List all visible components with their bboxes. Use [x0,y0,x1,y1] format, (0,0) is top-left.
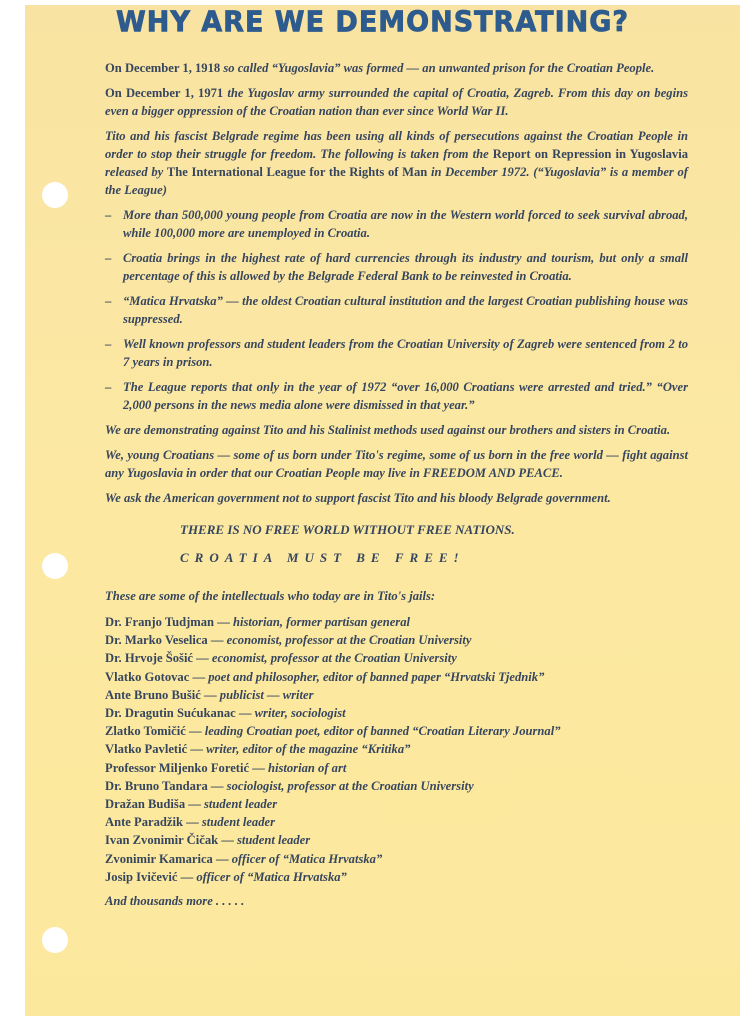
paragraph: Tito and his fascist Belgrade regime has… [105,127,688,199]
paragraph: We, young Croatians — some of us born un… [105,446,688,482]
paragraph: On December 1, 1918 so called “Yugoslavi… [105,59,688,77]
separator: — [189,670,208,684]
separator: — [213,852,232,866]
bullet-item: –“Matica Hrvatska” — the oldest Croatian… [105,292,688,328]
prisoner-description: officer of “Matica Hrvatska” [232,852,383,866]
bullet-dash: – [105,378,111,396]
prisoner-description: leading Croatian poet, editor of banned … [205,724,561,738]
text-segment: On December 1, 1918 [105,61,223,75]
prisoner-name: Dr. Dragutin Sućukanac [105,706,236,720]
punch-hole [42,182,68,208]
repression-facts-list: –More than 500,000 young people from Cro… [105,206,688,414]
leaflet-body: On December 1, 1918 so called “Yugoslavi… [105,59,688,910]
separator: — [208,779,227,793]
paragraph: On December 1, 1971 the Yugoslav army su… [105,84,688,120]
separator: — [208,633,227,647]
bullet-item: –More than 500,000 young people from Cro… [105,206,688,242]
prisoner-entry: Dr. Dragutin Sućukanac — writer, sociolo… [105,704,688,722]
punch-hole [42,553,68,579]
prisoner-entry: Ivan Zvonimir Čičak — student leader [105,831,688,849]
prisoners-intro: These are some of the intellectuals who … [105,587,688,605]
bullet-text: Croatia brings in the highest rate of ha… [123,251,688,283]
bullet-dash: – [105,206,111,224]
slogan-free-nations: THERE IS NO FREE WORLD WITHOUT FREE NATI… [180,521,688,539]
prisoner-entry: Dr. Marko Veselica — economist, professo… [105,631,688,649]
prisoner-description: writer, editor of the magazine “Kritika” [206,742,410,756]
prisoner-name: Ivan Zvonimir Čičak [105,833,218,847]
prisoner-name: Dr. Hrvoje Šošić [105,651,193,665]
prisoner-description: officer of “Matica Hrvatska” [196,870,347,884]
prisoner-name: Professor Miljenko Foretić [105,761,249,775]
separator: — [236,706,255,720]
bullet-item: –The League reports that only in the yea… [105,378,688,414]
prisoner-name: Zlatko Tomičić [105,724,186,738]
prisoner-name: Ante Paradžik [105,815,183,829]
prisoner-description: economist, professor at the Croatian Uni… [212,651,457,665]
prisoner-name: Dr. Marko Veselica [105,633,208,647]
text-segment: released by [105,165,167,179]
prisoner-entry: Josip Ivičević — officer of “Matica Hrva… [105,868,688,886]
prisoner-description: student leader [204,797,277,811]
separator: — [249,761,268,775]
prisoner-name: Josip Ivičević [105,870,177,884]
bullet-dash: – [105,292,111,310]
prisoner-description: historian of art [268,761,346,775]
prisoner-description: writer, sociologist [255,706,346,720]
prisoner-entry: Vlatko Pavletić — writer, editor of the … [105,740,688,758]
prisoner-description: student leader [237,833,310,847]
prisoner-description: economist, professor at the Croatian Uni… [227,633,472,647]
bullet-dash: – [105,249,111,267]
prisoner-entry: Dr. Bruno Tandara — sociologist, profess… [105,777,688,795]
prisoner-description: student leader [202,815,275,829]
separator: — [193,651,212,665]
punch-hole [42,927,68,953]
closing-paragraphs: We are demonstrating against Tito and hi… [105,421,688,507]
prisoners-list: Dr. Franjo Tudjman — historian, former p… [105,613,688,886]
prisoner-name: Dr. Franjo Tudjman [105,615,214,629]
ending-line: And thousands more . . . . . [105,892,688,910]
paragraph: We ask the American government not to su… [105,489,688,507]
text-segment: Report on Repression in Yugoslavia [493,147,688,161]
separator: — [187,742,206,756]
prisoner-entry: Dražan Budiša — student leader [105,795,688,813]
prisoner-entry: Dr. Hrvoje Šošić — economist, professor … [105,649,688,667]
prisoner-entry: Dr. Franjo Tudjman — historian, former p… [105,613,688,631]
prisoner-name: Dr. Bruno Tandara [105,779,208,793]
separator: — [201,688,220,702]
bullet-text: “Matica Hrvatska” — the oldest Croatian … [123,294,688,326]
separator: — [186,724,205,738]
bullet-dash: – [105,335,111,353]
bullet-text: Well known professors and student leader… [123,337,688,369]
prisoner-description: sociologist, professor at the Croatian U… [227,779,474,793]
prisoner-description: poet and philosopher, editor of banned p… [208,670,544,684]
text-segment: On December 1, 1971 [105,86,227,100]
prisoner-entry: Zlatko Tomičić — leading Croatian poet, … [105,722,688,740]
intro-paragraphs: On December 1, 1918 so called “Yugoslavi… [105,59,688,199]
prisoner-entry: Ante Bruno Bušić — publicist — writer [105,686,688,704]
text-segment: The International League for the Rights … [167,165,431,179]
prisoner-entry: Professor Miljenko Foretić — historian o… [105,759,688,777]
prisoner-name: Ante Bruno Bušić [105,688,201,702]
bullet-item: –Well known professors and student leade… [105,335,688,371]
prisoner-name: Dražan Budiša [105,797,185,811]
bullet-text: The League reports that only in the year… [123,380,688,412]
separator: — [185,797,204,811]
text-segment: so called “Yugoslavia” was formed — an u… [223,61,654,75]
prisoner-name: Vlatko Gotovac [105,670,189,684]
separator: — [177,870,196,884]
prisoner-name: Vlatko Pavletić [105,742,187,756]
separator: — [218,833,237,847]
bullet-item: –Croatia brings in the highest rate of h… [105,249,688,285]
prisoner-entry: Ante Paradžik — student leader [105,813,688,831]
prisoner-entry: Vlatko Gotovac — poet and philosopher, e… [105,668,688,686]
separator: — [183,815,202,829]
prisoner-description: publicist — writer [220,688,314,702]
slogan-croatia-free: CROATIA MUST BE FREE! [180,549,688,567]
prisoner-entry: Zvonimir Kamarica — officer of “Matica H… [105,850,688,868]
leaflet-title: WHY ARE WE DEMONSTRATING? [0,6,745,39]
prisoner-description: historian, former partisan general [233,615,410,629]
separator: — [214,615,233,629]
prisoner-name: Zvonimir Kamarica [105,852,213,866]
bullet-text: More than 500,000 young people from Croa… [123,208,688,240]
paragraph: We are demonstrating against Tito and hi… [105,421,688,439]
